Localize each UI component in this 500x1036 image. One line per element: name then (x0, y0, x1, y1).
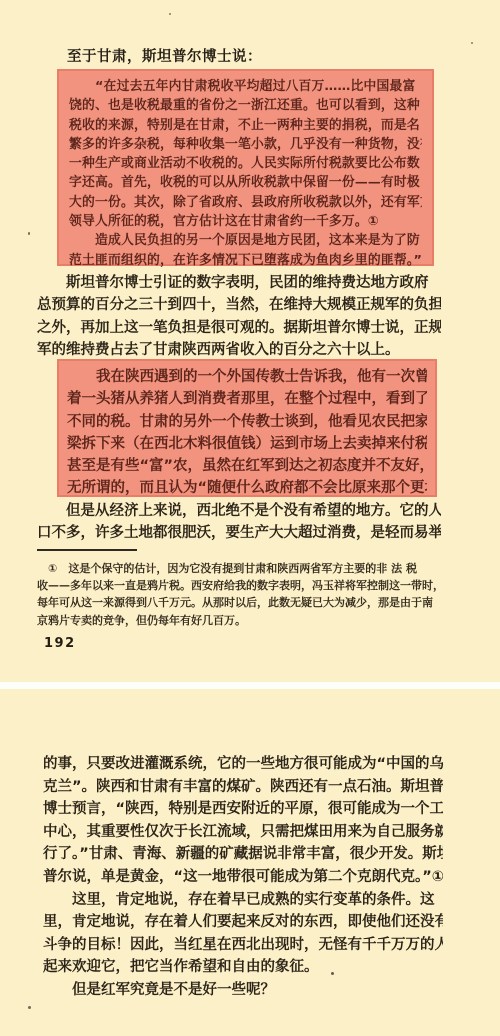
text-line: 甚至是有些“富”农，虽然在红军到达之初态度并不友好，但也是 (67, 455, 427, 477)
text-line: 大的一份。其次，除了省政府、县政府所收税款以外，还有军方 (69, 193, 422, 212)
scan-speck (28, 1006, 31, 1009)
text-line: 繁多的许多杂税，每种收集一笔小款，几乎没有一种货物，没有 (69, 135, 422, 154)
page-separator (0, 682, 500, 689)
paragraph-militia-costs: 斯坦普尔博士引证的数字表明，民团的维持费达地方政府总预算的百分之三十到四十，当然… (37, 272, 441, 362)
text-line: 每年可从这一来源得到八千万元。从那时以后，此数无疑已大为减少，那是由于南 (37, 594, 445, 611)
text-line: 梁拆下来（在西北木料很值钱）运到市场上去卖掉来付税。他说， (67, 433, 427, 455)
scan-speck (28, 232, 30, 235)
text-line: 克兰”。陕西和甘肃有丰富的煤矿。陕西还有一点石油。斯坦普尔 (43, 776, 443, 799)
text-line: 博士预言，“陕西，特别是西安附近的平原，很可能成为一个工业 (43, 798, 443, 821)
text-line: 之外，再加上这一笔负担是很可观的。据斯坦普尔博士说，正规 (37, 317, 441, 339)
text-line: 行了。”甘肃、青海、新疆的矿藏据说非常丰富，很少开发。斯坦 (43, 843, 443, 866)
text-line: 收——多年以来一直是鸦片税。西安府给我的数字表明，冯玉祥将军控制这一带时， (37, 577, 445, 594)
footnote-divider (37, 549, 137, 551)
text-line: 一种生产或商业活动不收税的。人民实际所付税款要比公布数 (69, 154, 422, 173)
text-line: 里，肯定地说，存在着人们要起来反对的东西，即使他们还没有 (43, 911, 443, 934)
page2-body-text: 的事，只要改进灌溉系统，它的一些地方很可能成为“中国的乌克兰”。陕西和甘肃有丰富… (43, 753, 443, 1002)
text-line: 总预算的百分之三十到四十，当然，在维持大规模正规军的负担 (37, 294, 441, 316)
text-line: 范土匪而组织的，在许多情况下已堕落成为鱼肉乡里的匪帮。” (69, 251, 422, 270)
scan-speck (331, 972, 334, 975)
text-line: 京鸦片专卖的竞争，但仍每年有好几百万。 (37, 612, 445, 629)
text-line: 斯坦普尔博士引证的数字表明，民团的维持费达地方政府 (37, 272, 441, 294)
text-line: 无所谓的，而且认为“随便什么政府都不会比原来那个更坏”。 (67, 477, 427, 499)
text-line: 但是红军究竟是不是好一些呢？ (43, 979, 443, 1002)
text-line: 字还高。首先，收税的可以从所收税款中保留一份——有时极 (69, 173, 422, 192)
footnote-text: ① 这是个保守的估计，因为它没有提到甘肃和陕西两省军方主要的非 法 税收——多年… (37, 560, 445, 629)
text-line: 税收的来源，特别是在甘肃，不止一两种主要的捐税，而是名目 (69, 116, 422, 135)
text-line: 这里，肯定地说，存在着早已成熟的实行变革的条件。这 (43, 889, 443, 912)
page-number: 192 (44, 636, 76, 651)
text-line: 我在陕西遇到的一个外国传教士告诉我，他有一次曾经跟 (67, 366, 427, 388)
paragraph-economy: 但是从经济上来说，西北绝不是个没有希望的地方。它的人口不多，许多土地都很肥沃，要… (37, 500, 441, 545)
text-line: 造成人民负担的另一个原因是地方民团，这本来是为了防 (69, 231, 422, 250)
scan-speck (169, 13, 171, 15)
highlighted-quote-block-tax: “在过去五年内甘肃税收平均超过八百万……比中国最富饶的、也是收税最重的省份之一浙… (57, 69, 434, 266)
text-line: 起来欢迎它，把它当作希望和自由的象征。 (43, 956, 443, 979)
intro-line: 至于甘肃，斯坦普尔博士说： (67, 45, 262, 66)
text-line: 口不多，许多土地都很肥沃，要生产大大超过消费，是轻而易举 (37, 522, 441, 544)
scanned-book-pages: 至于甘肃，斯坦普尔博士说： “在过去五年内甘肃税收平均超过八百万……比中国最富饶… (0, 0, 500, 1036)
text-line: 中心，其重要性仅次于长江流域，只需把煤田用来为自己服务就 (43, 821, 443, 844)
text-line: “在过去五年内甘肃税收平均超过八百万……比中国最富 (69, 77, 422, 96)
text-line: 领导人所征的税，官方估计这在甘肃省约一千多万。① (69, 212, 422, 231)
text-line: 饶的、也是收税最重的省份之一浙江还重。也可以看到，这种 (69, 96, 422, 115)
text-line: 斗争的目标！因此，当红星在西北出现时，无怪有千千万万的人 (43, 934, 443, 957)
highlighted-quote-block-missionary: 我在陕西遇到的一个外国传教士告诉我，他有一次曾经跟着一头猪从养猪人到消费者那里，… (57, 359, 437, 497)
text-line: 但是从经济上来说，西北绝不是个没有希望的地方。它的人 (37, 500, 441, 522)
text-line: 不同的税。甘肃的另外一个传教士谈到，他看见农民把家里的木 (67, 411, 427, 433)
text-line: ① 这是个保守的估计，因为它没有提到甘肃和陕西两省军方主要的非 法 税 (37, 560, 445, 577)
text-line: 普尔说，单是黄金，“这一地带很可能成为第二个克朗代克。”① (43, 866, 443, 889)
text-line: 着一头猪从养猪人到消费者那里，在整个过程中，看到了征六种 (67, 388, 427, 410)
text-line: 的事，只要改进灌溉系统，它的一些地方很可能成为“中国的乌 (43, 753, 443, 776)
scan-speck (471, 42, 473, 44)
